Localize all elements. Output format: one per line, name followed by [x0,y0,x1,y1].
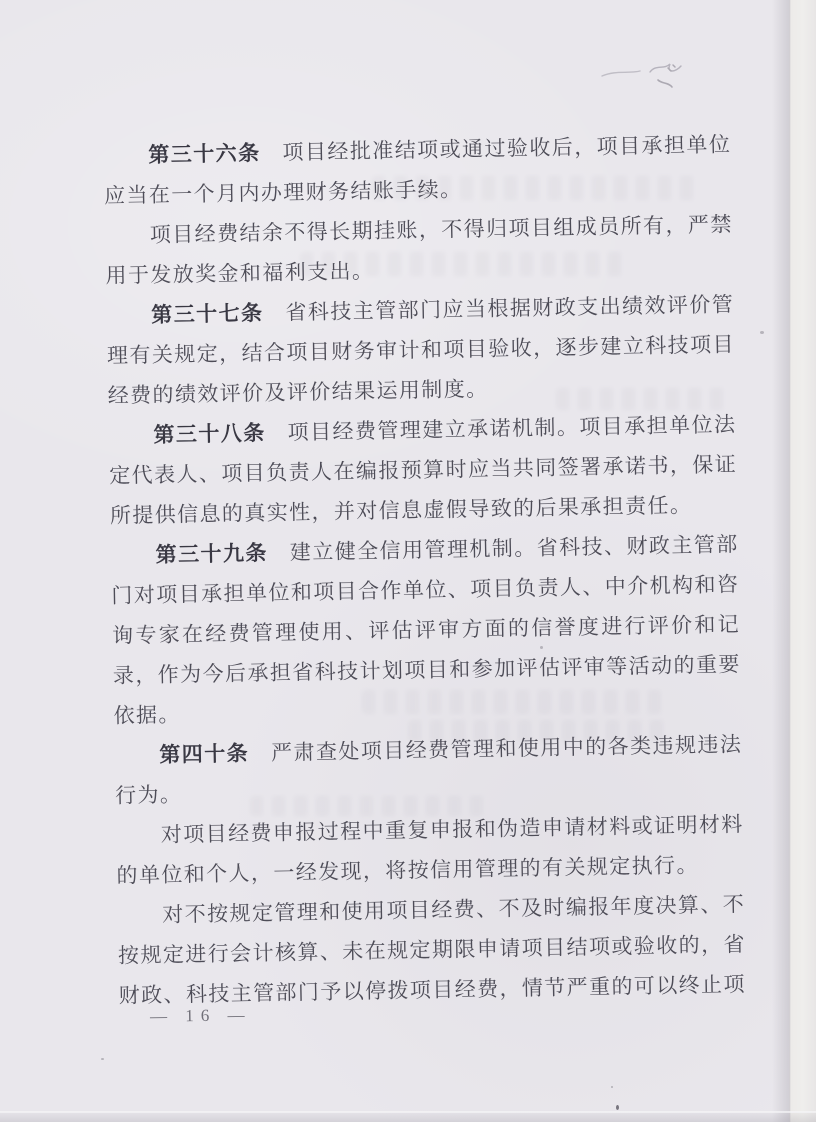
paragraph: 对不按规定管理和使用项目经费、不及时编报年度决算、不按规定进行会计核算、未在规定… [117,884,747,1015]
paragraph: 第三十八条项目经费管理建立承诺机制。项目承担单位法定代表人、项目负责人在编报预算… [108,404,738,535]
scan-speck [540,646,543,649]
paragraph: 第三十六条项目经批准结项或通过验收后，项目承担单位应当在一个月内办理财务结账手续… [103,124,732,215]
paragraph: 第四十条严肃查处项目经费管理和使用中的各类违规违法行为。 [114,724,743,815]
scan-edge-shadow [772,0,790,1122]
scan-speck [760,331,764,334]
scan-speck [611,1086,613,1088]
scan-speck [616,1105,619,1110]
paragraph: 第三十九条建立健全信用管理机制。省科技、财政主管部门对项目承担单位和项目合作单位… [110,524,742,735]
page-number: — 16 — [150,1005,252,1027]
pencil-smudge-mark [598,46,708,96]
scan-edge-strip [789,0,816,1122]
document-text: 第三十六条项目经批准结项或通过验收后，项目承担单位应当在一个月内办理财务结账手续… [103,124,747,1015]
paragraph: 项目经费结余不得长期挂账，不得归项目组成员所有，严禁用于发放奖金和福利支出。 [104,204,733,295]
article-number: 第三十九条 [155,541,268,567]
paragraph: 第三十七条省科技主管部门应当根据财政支出绩效评价管理有关规定，结合项目财务审计和… [106,284,736,415]
paragraph: 对项目经费申报过程中重复申报和伪造申请材料或证明材料的单位和个人，一经发现，将按… [115,804,744,895]
article-number: 第三十八条 [153,421,266,447]
scan-bottom-shadow [0,1110,816,1122]
scan-speck [101,1058,104,1060]
article-number: 第四十条 [159,741,249,767]
article-number: 第三十七条 [151,301,264,327]
scanned-page: 第三十六条项目经批准结项或通过验收后，项目承担单位应当在一个月内办理财务结账手续… [0,0,816,1122]
article-number: 第三十六条 [148,141,261,167]
